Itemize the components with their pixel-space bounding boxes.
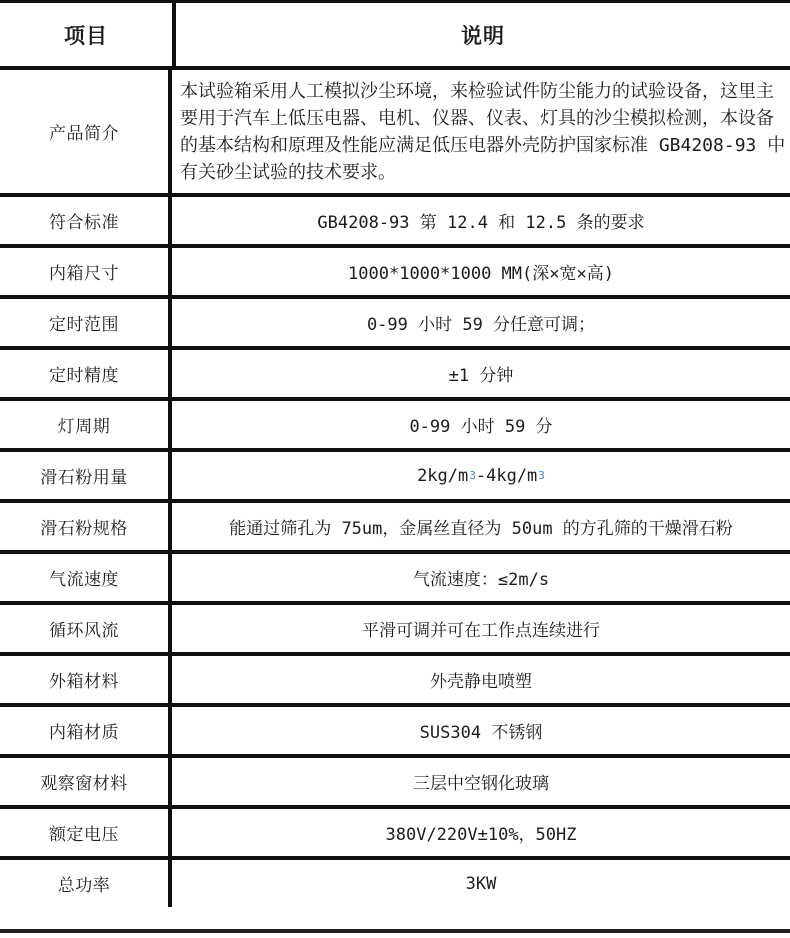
table-row: 产品简介本试验箱采用人工模拟沙尘环境，来检验试件防尘能力的试验设备，这里主要用于…: [0, 70, 790, 197]
table-row: 符合标准GB4208-93 第 12.4 和 12.5 条的要求: [0, 197, 790, 248]
row-label: 气流速度: [0, 554, 172, 601]
table-row: 灯周期0-99 小时 59 分: [0, 401, 790, 452]
table-row: 滑石粉用量2kg/m3-4kg/m3: [0, 452, 790, 503]
table-row: 额定电压380V/220V±10%，50HZ: [0, 809, 790, 860]
table-row: 内箱材质SUS304 不锈钢: [0, 707, 790, 758]
header-cell-description: 说明: [176, 3, 790, 66]
bottom-divider: [0, 929, 790, 933]
row-value: SUS304 不锈钢: [172, 707, 790, 754]
table-row: 总功率3KW: [0, 860, 790, 907]
row-value: 2kg/m3-4kg/m3: [172, 452, 790, 499]
row-value: 0-99 小时 59 分任意可调；: [172, 299, 790, 346]
row-label: 总功率: [0, 860, 172, 907]
row-value: 380V/220V±10%，50HZ: [172, 809, 790, 856]
row-value: 气流速度：≤2m/s: [172, 554, 790, 601]
row-label: 内箱尺寸: [0, 248, 172, 295]
row-value: 3KW: [172, 860, 790, 907]
table-row: 循环风流平滑可调并可在工作点连续进行: [0, 605, 790, 656]
row-label: 额定电压: [0, 809, 172, 856]
row-value: 1000*1000*1000 MM(深×宽×高): [172, 248, 790, 295]
row-label: 定时精度: [0, 350, 172, 397]
table-row: 滑石粉规格能通过筛孔为 75um，金属丝直径为 50um 的方孔筛的干燥滑石粉: [0, 503, 790, 554]
table-header-row: 项目 说明: [0, 3, 790, 70]
row-value: 本试验箱采用人工模拟沙尘环境，来检验试件防尘能力的试验设备，这里主要用于汽车上低…: [172, 70, 790, 193]
row-label: 循环风流: [0, 605, 172, 652]
row-value: ±1 分钟: [172, 350, 790, 397]
row-value: 三层中空钢化玻璃: [172, 758, 790, 805]
row-label: 滑石粉用量: [0, 452, 172, 499]
row-value: 0-99 小时 59 分: [172, 401, 790, 448]
table-row: 定时精度±1 分钟: [0, 350, 790, 401]
header-cell-item: 项目: [0, 3, 176, 66]
row-label: 产品简介: [0, 70, 172, 193]
row-label: 定时范围: [0, 299, 172, 346]
row-label: 滑石粉规格: [0, 503, 172, 550]
spec-table-body: 产品简介本试验箱采用人工模拟沙尘环境，来检验试件防尘能力的试验设备，这里主要用于…: [0, 70, 790, 907]
row-value: 外壳静电喷塑: [172, 656, 790, 703]
table-row: 外箱材料外壳静电喷塑: [0, 656, 790, 707]
table-row: 观察窗材料三层中空钢化玻璃: [0, 758, 790, 809]
row-label: 内箱材质: [0, 707, 172, 754]
table-row: 气流速度气流速度：≤2m/s: [0, 554, 790, 605]
table-row: 定时范围0-99 小时 59 分任意可调；: [0, 299, 790, 350]
spec-table: 项目 说明 产品简介本试验箱采用人工模拟沙尘环境，来检验试件防尘能力的试验设备，…: [0, 0, 790, 907]
table-row: 内箱尺寸1000*1000*1000 MM(深×宽×高): [0, 248, 790, 299]
row-label: 灯周期: [0, 401, 172, 448]
row-value: 平滑可调并可在工作点连续进行: [172, 605, 790, 652]
row-value: 能通过筛孔为 75um，金属丝直径为 50um 的方孔筛的干燥滑石粉: [172, 503, 790, 550]
row-label: 外箱材料: [0, 656, 172, 703]
row-label: 符合标准: [0, 197, 172, 244]
row-value: GB4208-93 第 12.4 和 12.5 条的要求: [172, 197, 790, 244]
row-label: 观察窗材料: [0, 758, 172, 805]
